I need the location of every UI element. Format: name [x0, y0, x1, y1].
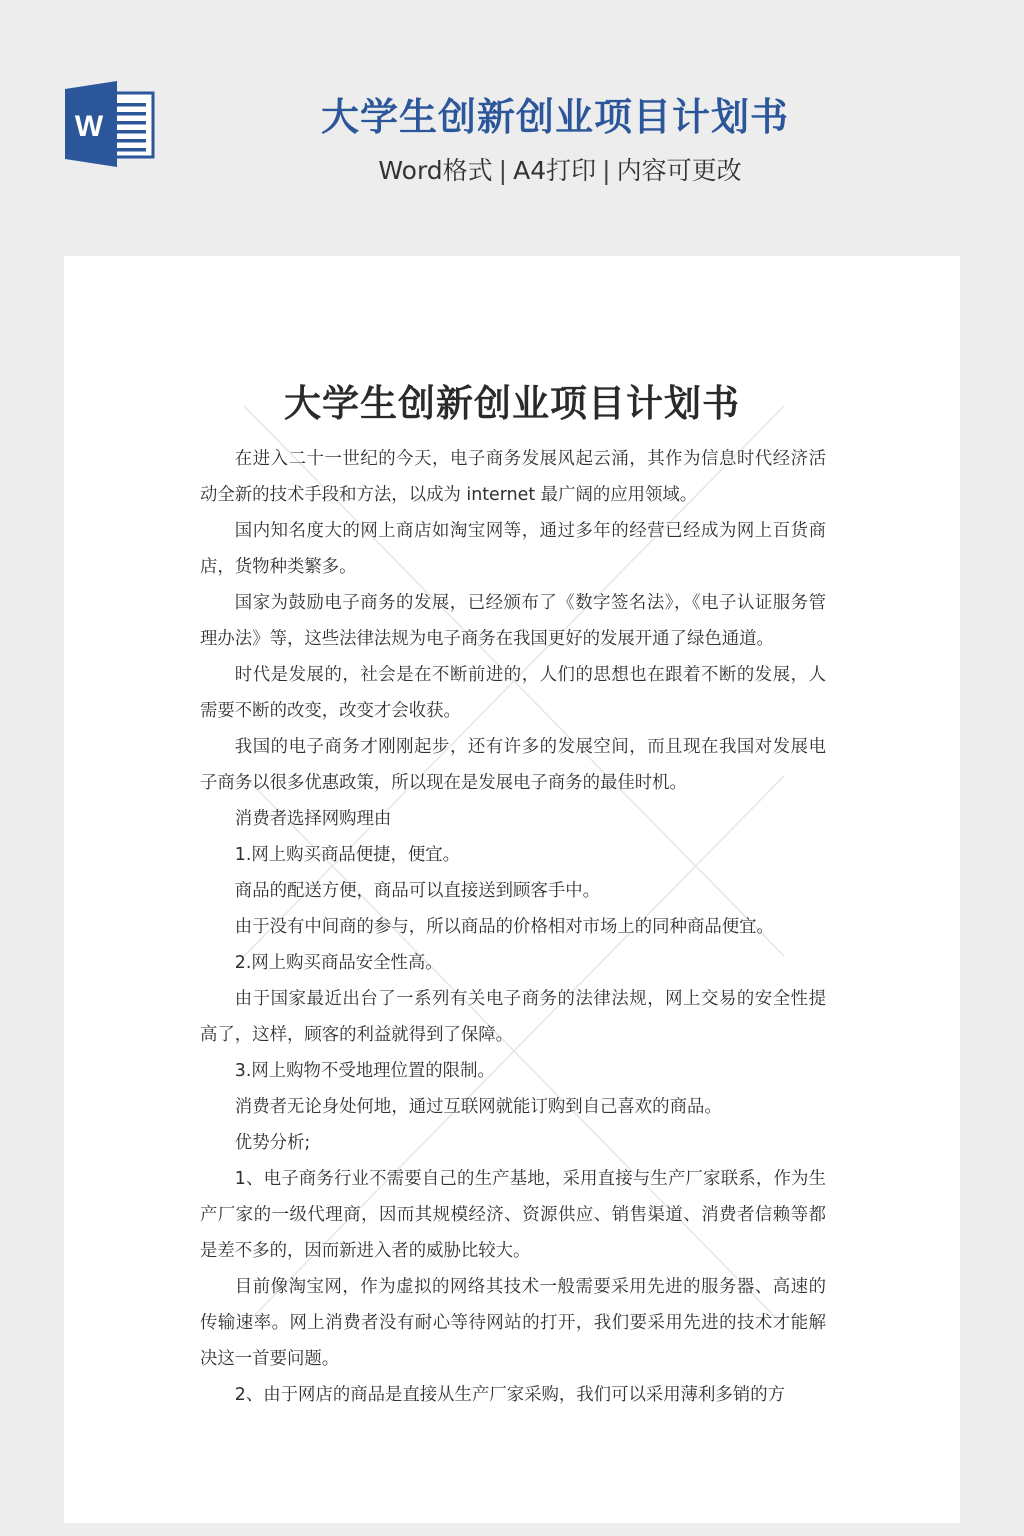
paragraph: 时代是发展的，社会是在不断前进的，人们的思想也在跟着不断的发展，人需要不断的改变…	[200, 657, 826, 729]
document-body: 在进入二十一世纪的今天，电子商务发展风起云涌，其作为信息时代经济活动全新的技术手…	[200, 441, 826, 1413]
paragraph: 2.网上购买商品安全性高。	[200, 945, 826, 981]
subtitle-print: A4打印	[513, 156, 596, 185]
document-page: 大学生创新创业项目计划书 在进入二十一世纪的今天，电子商务发展风起云涌，其作为信…	[64, 256, 960, 1523]
paragraph: 由于国家最近出台了一系列有关电子商务的法律法规，网上交易的安全性提高了，这样，顾…	[200, 981, 826, 1053]
paragraph: 2、由于网店的商品是直接从生产厂家采购，我们可以采用薄利多销的方	[200, 1377, 826, 1413]
subtitle-separator: |	[596, 156, 616, 185]
paragraph: 消费者选择网购理由	[200, 801, 826, 837]
banner-subtitle: Word格式|A4打印|内容可更改	[0, 152, 1024, 190]
paragraph: 我国的电子商务才刚刚起步，还有许多的发展空间，而且现在我国对发展电子商务以很多优…	[200, 729, 826, 801]
paragraph: 优势分析;	[200, 1125, 826, 1161]
paragraph: 国内知名度大的网上商店如淘宝网等，通过多年的经营已经成为网上百货商店，货物种类繁…	[200, 513, 826, 585]
paragraph: 由于没有中间商的参与，所以商品的价格相对市场上的同种商品便宜。	[200, 909, 826, 945]
paragraph: 消费者无论身处何地，通过互联网就能订购到自己喜欢的商品。	[200, 1089, 826, 1125]
paragraph: 在进入二十一世纪的今天，电子商务发展风起云涌，其作为信息时代经济活动全新的技术手…	[200, 441, 826, 513]
paragraph: 目前像淘宝网，作为虚拟的网络其技术一般需要采用先进的服务器、高速的传输速率。网上…	[200, 1269, 826, 1377]
paragraph: 国家为鼓励电子商务的发展，已经颁布了《数字签名法》，《电子认证服务管理办法》等，…	[200, 585, 826, 657]
banner-title: 大学生创新创业项目计划书	[0, 92, 1024, 142]
subtitle-separator: |	[493, 156, 513, 185]
document-title: 大学生创新创业项目计划书	[64, 376, 960, 432]
paragraph: 3.网上购物不受地理位置的限制。	[200, 1053, 826, 1089]
subtitle-editable: 内容可更改	[617, 156, 742, 185]
paragraph: 商品的配送方便，商品可以直接送到顾客手中。	[200, 873, 826, 909]
subtitle-format: Word格式	[378, 156, 492, 185]
paragraph: 1.网上购买商品便捷，便宜。	[200, 837, 826, 873]
paragraph: 1、电子商务行业不需要自己的生产基地，采用直接与生产厂家联系，作为生产厂家的一级…	[200, 1161, 826, 1269]
